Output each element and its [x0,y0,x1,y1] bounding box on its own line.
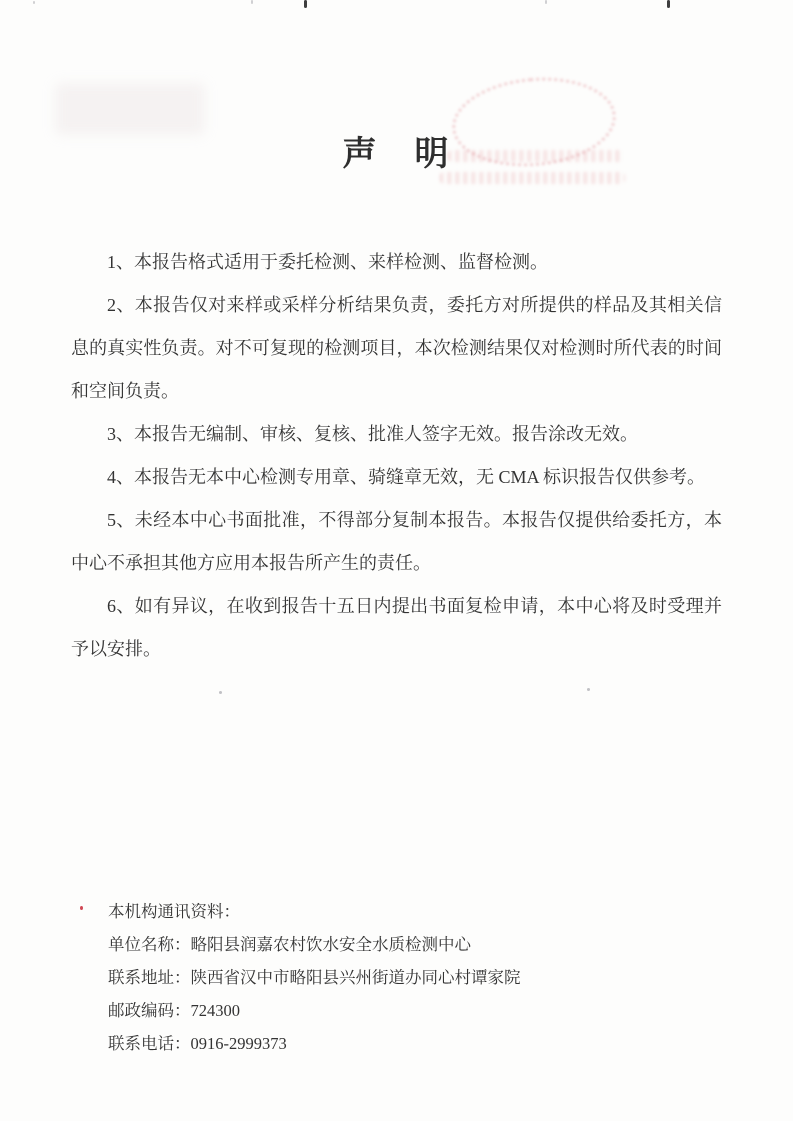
contact-line-phone: 联系电话：0916-2999373 [108,1027,521,1060]
contact-value: 724300 [191,1001,241,1020]
clause-2: 2、本报告仅对来样或采样分析结果负责，委托方对所提供的样品及其相关信息的真实性负… [71,284,722,413]
clause-4: 4、本报告无本中心检测专用章、骑缝章无效，无 CMA 标识报告仅供参考。 [71,456,722,499]
page-title: 声 明 [0,126,793,175]
scan-speck [251,0,253,4]
scan-speck [33,1,35,4]
clause-5: 5、未经本中心书面批准，不得部分复制本报告。本报告仅提供给委托方，本中心不承担其… [71,499,722,585]
contact-block: 本机构通讯资料： 单位名称：略阳县润嘉农村饮水安全水质检测中心 联系地址：陕西省… [108,895,521,1060]
contact-value: 略阳县润嘉农村饮水安全水质检测中心 [191,935,472,954]
contact-heading: 本机构通讯资料： [108,895,521,928]
declaration-page: 声 明 1、本报告格式适用于委托检测、来样检测、监督检测。 2、本报告仅对来样或… [0,0,793,1121]
clause-3: 3、本报告无编制、审核、复核、批准人签字无效。报告涂改无效。 [71,413,722,456]
scan-speck [304,0,307,8]
contact-line-unit: 单位名称：略阳县润嘉农村饮水安全水质检测中心 [108,928,521,961]
contact-line-address: 联系地址：陕西省汉中市略阳县兴州街道办同心村谭家院 [108,961,521,994]
contact-value: 0916-2999373 [191,1034,287,1053]
contact-line-postcode: 邮政编码：724300 [108,994,521,1027]
contact-label: 邮政编码： [108,1001,191,1020]
dust-dot [587,688,590,691]
clause-1: 1、本报告格式适用于委托检测、来样检测、监督检测。 [71,241,722,284]
contact-label: 联系电话： [108,1034,191,1053]
red-fleck-artifact [80,906,83,910]
contact-value: 陕西省汉中市略阳县兴州街道办同心村谭家院 [191,968,521,987]
dust-dot [219,691,222,694]
clause-6: 6、如有异议，在收到报告十五日内提出书面复检申请，本中心将及时受理并予以安排。 [71,585,722,671]
contact-label: 单位名称： [108,935,191,954]
contact-label: 联系地址： [108,968,191,987]
scan-speck [667,0,670,8]
scan-speck [545,0,547,4]
declaration-body: 1、本报告格式适用于委托检测、来样检测、监督检测。 2、本报告仅对来样或采样分析… [71,241,722,671]
